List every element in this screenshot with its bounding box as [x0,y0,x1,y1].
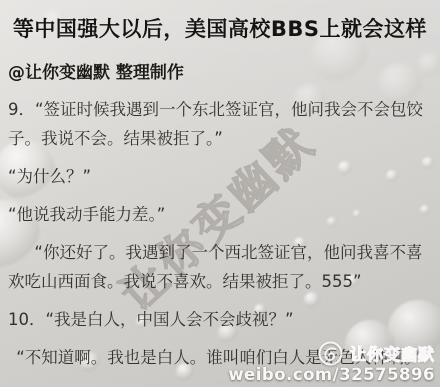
page-title: 等中国强大以后，美国高校BBS上就会这样 [0,13,440,43]
author-byline: @让你变幽默 整理制作 [8,58,184,83]
paragraph-answer: “他说我动手能力差。” [8,200,433,229]
paragraph-q9: 9．“签证时候我遇到一个东北签证官，他问我会不会包饺子。我说不会。结果被拒了。” [8,95,433,153]
joke-text-block: 9．“签证时候我遇到一个东北签证官，他问我会不会包饺子。我说不会。结果被拒了。”… [8,95,433,381]
water-droplet [418,53,440,77]
paragraph-why: “为什么？” [8,162,433,191]
weibo-joke-image: 让你变幽默 等中国强大以后，美国高校BBS上就会这样 @让你变幽默 整理制作 9… [0,0,440,387]
paragraph-q10-answer: “不知道啊。我也是白人。谁叫咱们白人是无色人种啊。” [8,343,433,372]
paragraph-reply: “你还好了。我遇到了一个西北签证官，他问我喜不喜欢吃山西面食。我说不喜欢。结果被… [8,238,433,296]
paragraph-q10: 10．“我是白人，中国人会不会歧视？” [8,305,433,334]
